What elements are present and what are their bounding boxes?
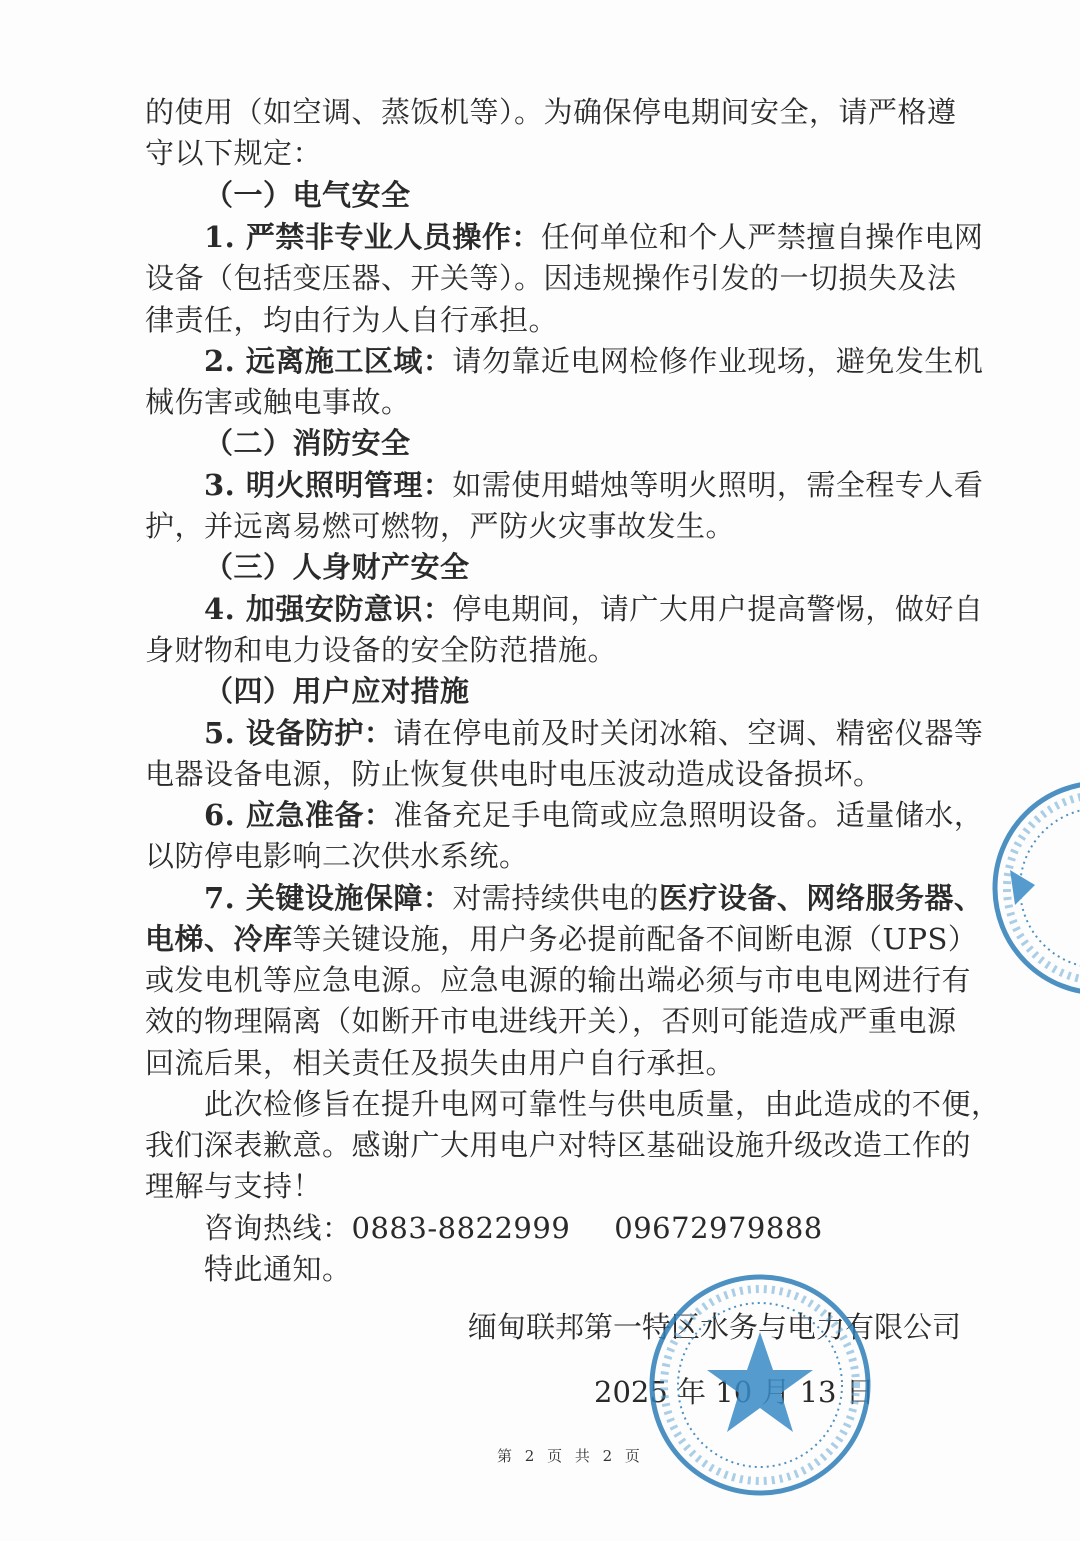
notice-end: 特此通知。	[204, 1249, 1039, 1290]
item-5-line-2: 电器设备电源，防止恢复供电时电压波动造成设备损坏。	[145, 754, 980, 795]
item-1-label: 1. 严禁非专业人员操作：	[204, 220, 541, 254]
seam-stamp-icon	[985, 770, 1080, 1010]
official-seal-stamp-icon	[645, 1270, 875, 1500]
item-4-label: 4. 加强安防意识：	[204, 592, 452, 626]
item-6-line-2: 以防停电影响二次供水系统。	[145, 836, 980, 877]
item-7-line-3: 或发电机等应急电源。应急电源的输出端必须与市电电网进行有	[145, 960, 980, 1001]
item-5-line-1: 5. 设备防护：请在停电前及时关闭冰箱、空调、精密仪器等	[204, 713, 1039, 754]
closing-line-2: 我们深表歉意。感谢广大用电户对特区基础设施升级改造工作的	[145, 1125, 980, 1166]
item-7-line-1: 7. 关键设施保障：对需持续供电的医疗设备、网络服务器、	[204, 878, 1039, 919]
item-7-line-2: 电梯、冷库等关键设施，用户务必提前配备不间断电源（UPS）	[145, 919, 980, 960]
item-2-line-1: 2. 远离施工区域：请勿靠近电网检修作业现场，避免发生机	[204, 341, 1039, 382]
hotline-label: 咨询热线：	[204, 1211, 352, 1245]
item-5-label: 5. 设备防护：	[204, 716, 393, 750]
item-6-line-1: 6. 应急准备：准备充足手电筒或应急照明设备。适量储水，	[204, 795, 1039, 836]
item-1-line-3: 律责任，均由行为人自行承担。	[145, 300, 980, 341]
hotline-number-2: 09672979888	[614, 1211, 822, 1245]
item-2-label: 2. 远离施工区域：	[204, 344, 452, 378]
item-4-line-2: 身财物和电力设备的安全防范措施。	[145, 630, 980, 671]
hotline-number-1: 0883-8822999	[352, 1211, 571, 1245]
item-6-label: 6. 应急准备：	[204, 798, 393, 832]
item-3-label: 3. 明火照明管理：	[204, 468, 452, 502]
section-heading-1: （一）电气安全	[204, 175, 1039, 216]
item-7-line-5: 回流后果，相关责任及损失由用户自行承担。	[145, 1043, 980, 1084]
section-heading-4: （四）用户应对措施	[204, 671, 1039, 712]
intro-line-2: 守以下规定：	[145, 133, 980, 174]
item-3-line-2: 护，并远离易燃可燃物，严防火灾事故发生。	[145, 506, 980, 547]
page-footer: 第 2 页 共 2 页	[497, 1445, 644, 1466]
item-7-label: 7. 关键设施保障：	[204, 881, 452, 915]
closing-line-1: 此次检修旨在提升电网可靠性与供电质量，由此造成的不便，	[204, 1084, 1039, 1125]
item-7-line-4: 效的物理隔离（如断开市电进线开关），否则可能造成严重电源	[145, 1001, 980, 1042]
intro-line-1: 的使用（如空调、蒸饭机等）。为确保停电期间安全，请严格遵	[145, 92, 980, 133]
item-1-line-2: 设备（包括变压器、开关等）。因违规操作引发的一切损失及法	[145, 258, 980, 299]
section-heading-2: （二）消防安全	[204, 423, 1039, 464]
closing-line-3: 理解与支持！	[145, 1166, 980, 1207]
section-heading-3: （三）人身财产安全	[204, 547, 1039, 588]
hotline-line: 咨询热线：0883-882299909672979888	[204, 1208, 1039, 1249]
document-page: 的使用（如空调、蒸饭机等）。为确保停电期间安全，请严格遵 守以下规定： （一）电…	[0, 0, 1080, 1541]
item-4-line-1: 4. 加强安防意识：停电期间，请广大用户提高警惕，做好自	[204, 589, 1039, 630]
item-3-line-1: 3. 明火照明管理：如需使用蜡烛等明火照明，需全程专人看	[204, 465, 1039, 506]
item-1-line-1: 1. 严禁非专业人员操作：任何单位和个人严禁擅自操作电网	[204, 217, 1039, 258]
item-2-line-2: 械伤害或触电事故。	[145, 382, 980, 423]
